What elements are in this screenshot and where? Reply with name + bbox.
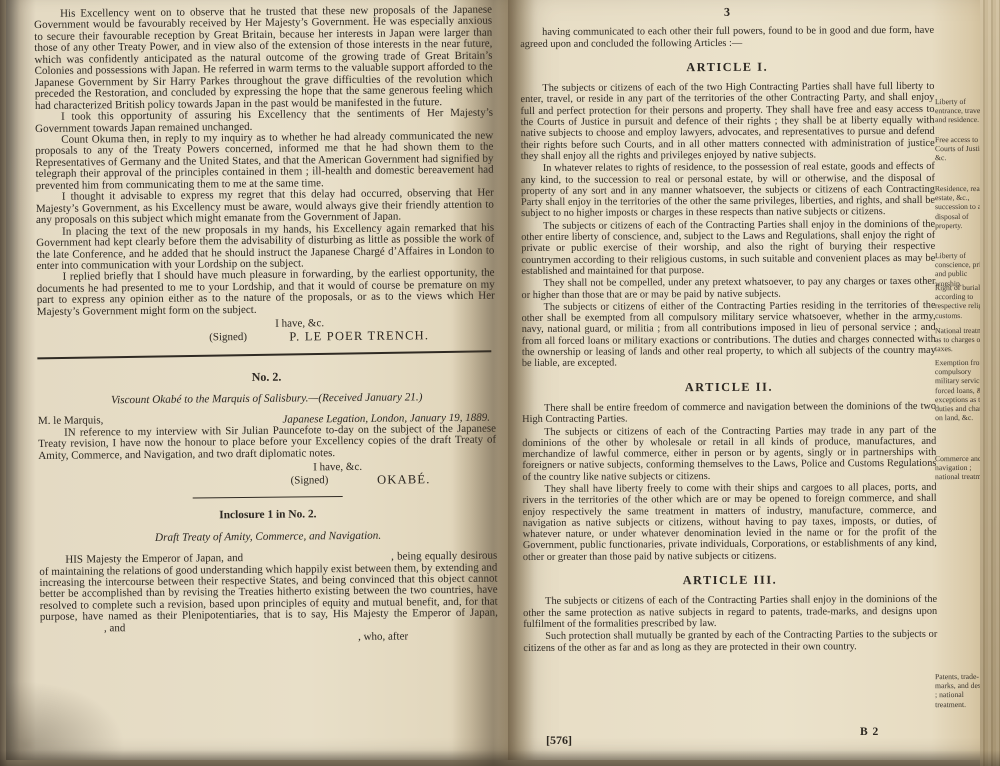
paragraph: They shall have liberty freely to come w… <box>522 482 936 563</box>
divider-rule <box>37 350 491 359</box>
page-number: 3 <box>520 6 934 19</box>
paragraph: They shall not be compelled, under any p… <box>521 276 935 301</box>
blank-space <box>40 631 104 632</box>
letter-heading: Viscount Okabé to the Marquis of Salisbu… <box>38 391 496 407</box>
draft-treaty-title: Draft Treaty of Amity, Commerce, and Nav… <box>39 529 497 545</box>
paragraph: The subjects or citizens of each of the … <box>520 81 934 162</box>
document-number: No. 2. <box>38 370 496 386</box>
paragraph: Count Okuma then, in reply to my inquiry… <box>35 131 494 193</box>
book-photograph: His Excellency went on to observe that h… <box>0 0 1000 766</box>
paragraph: The subjects or citizens of each of the … <box>521 219 935 278</box>
treaty-text: , and <box>104 622 126 634</box>
paragraph: having communicated to each other their … <box>520 25 934 50</box>
paragraph: In placing the text of the new proposals… <box>36 222 494 272</box>
paragraph: Such protection shall mutually be grante… <box>523 629 937 654</box>
inclosure-heading: Inclosure 1 in No. 2. <box>39 508 497 524</box>
article-heading: ARTICLE III. <box>523 574 937 587</box>
paragraph: The subjects or citizens of each of the … <box>523 594 937 630</box>
signature-mark: B 2 <box>860 726 879 738</box>
paragraph: There shall be entire freedom of commerc… <box>522 401 936 426</box>
treaty-text: , who, after <box>358 631 408 643</box>
paragraph: His Excellency went on to observe that h… <box>34 5 493 112</box>
paragraph: In whatever relates to rights of residen… <box>521 161 935 220</box>
blank-space <box>40 640 358 643</box>
signed-label: (Signed) <box>209 332 247 344</box>
signed-label: (Signed) <box>290 475 328 487</box>
left-page-content: His Excellency went on to observe that h… <box>34 5 498 647</box>
right-page-content: 3 having communicated to each other thei… <box>520 6 937 655</box>
blank-space <box>243 560 391 561</box>
paragraph: The subjects or citizens of either of th… <box>522 300 936 370</box>
page-edge-stack <box>980 0 1000 766</box>
treaty-opening-paragraph: HIS Majesty the Emperor of Japan, and, b… <box>39 551 498 647</box>
paragraph: I replied briefly that I should have muc… <box>37 268 495 318</box>
right-page: 3 having communicated to each other thei… <box>508 0 1000 760</box>
paragraph: I thought it advisable to express my reg… <box>36 188 494 227</box>
left-page: His Excellency went on to observe that h… <box>6 0 508 760</box>
plate-number: [576] <box>546 733 572 748</box>
paragraph: The subjects or citizens of each of the … <box>522 424 936 483</box>
signature-name: OKABÉ. <box>377 474 430 486</box>
paragraph: IN reference to my interview with Sir Ju… <box>38 424 496 463</box>
divider-rule <box>193 496 343 498</box>
article-heading: ARTICLE II. <box>522 380 936 393</box>
signature-name: P. LE POER TRENCH. <box>289 330 429 343</box>
article-heading: ARTICLE I. <box>520 61 934 74</box>
